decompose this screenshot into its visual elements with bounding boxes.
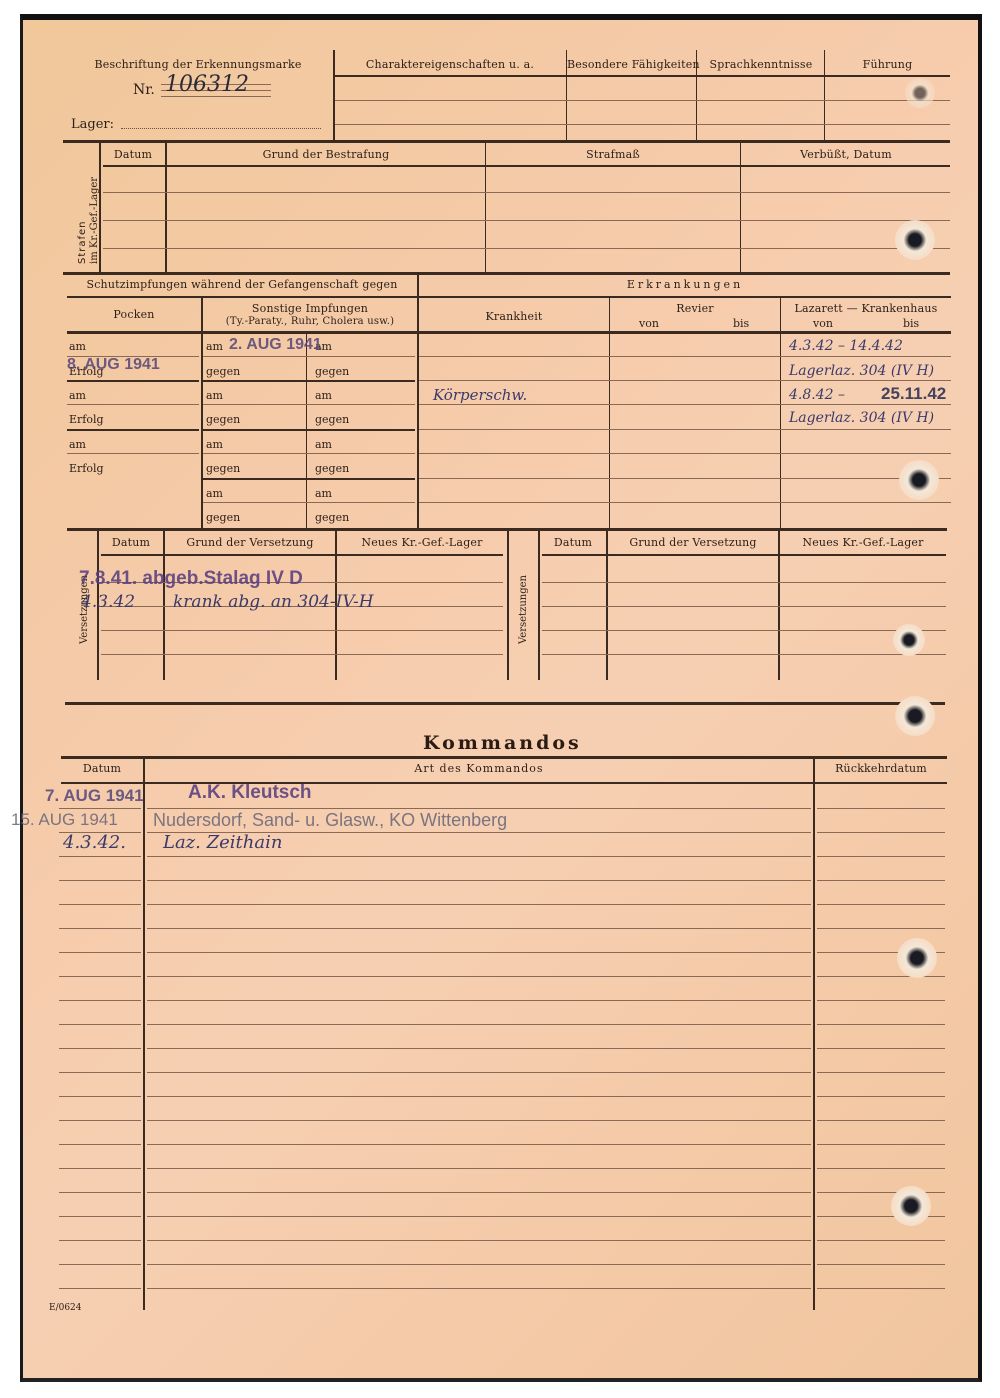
versetzung-hand-reason: krank abg. an 304-IV-H: [173, 592, 374, 612]
sonstige-row-label: gegen: [315, 365, 349, 378]
sonstige-row-label: gegen: [315, 462, 349, 475]
lager-label: Lager:: [71, 117, 114, 132]
header-faehigkeiten: Besondere Fähigkeiten: [567, 58, 695, 71]
sonstige-row-label: gegen: [206, 462, 240, 475]
kommandos-col-rueckkehr: Rückkehrdatum: [815, 762, 947, 775]
strafen-col-datum: Datum: [101, 148, 165, 161]
punch-hole: [891, 1186, 931, 1226]
punch-hole: [899, 460, 939, 500]
lazarett-date-stamp: 25.11.42: [881, 384, 946, 404]
revier-von: von: [639, 317, 659, 330]
punch-hole: [895, 220, 935, 260]
sonstige-row-label: am: [315, 487, 332, 500]
krankheit-entry: Körperschw.: [433, 386, 527, 404]
lazarett-entry-2: Lagerlaz. 304 (IV H): [789, 363, 934, 379]
kommando-entry-3-art: Laz. Zeithain: [163, 832, 282, 853]
sonstige-row-label: am: [206, 438, 223, 451]
sonstige-row-label: am: [315, 438, 332, 451]
lazarett-entry-3: 4.8.42 –: [789, 387, 845, 403]
sonstige-row-label: gegen: [206, 413, 240, 426]
sonstige-row-label: am: [206, 487, 223, 500]
versetz-left-col-lager: Neues Kr.-Gef.-Lager: [337, 536, 507, 549]
versetzungen-side-label-right: Versetzungen: [518, 575, 529, 644]
pocken-row-label: Erfolg: [69, 413, 104, 426]
revier-bis: bis: [733, 317, 749, 330]
kommando-entry-1-date: 7. AUG 1941: [45, 786, 144, 806]
pocken-header: Pocken: [67, 308, 201, 321]
sonstige-row-label: am: [315, 389, 332, 402]
kommando-entry-2-art: Nudersdorf, Sand- u. Glasw., KO Wittenbe…: [153, 810, 507, 831]
kommandos-col-art: Art des Kommandos: [145, 762, 813, 775]
sonstige-row-label: gegen: [206, 365, 240, 378]
lazarett-entry-4: Lagerlaz. 304 (IV H): [789, 410, 934, 426]
punch-hole: [893, 624, 925, 656]
strafen-col-grund: Grund der Bestrafung: [167, 148, 485, 161]
form-code: E/0624: [49, 1303, 82, 1313]
kommandos-title: Kommandos: [423, 732, 582, 754]
erkrankungen-title: Erkrankungen: [419, 278, 951, 291]
sonstige-header-1: Sonstige Impfungen: [203, 302, 417, 315]
kommando-entry-1-art: A.K. Kleutsch: [188, 782, 312, 804]
kommando-entry-2-date: 15. AUG 1941: [11, 810, 118, 830]
pocken-row-label: am: [69, 340, 86, 353]
pow-record-card: Beschriftung der Erkennungsmarke Nr. 106…: [20, 14, 982, 1382]
versetzung-stamp: 7.8.41. abgeb.Stalag IV D: [79, 568, 303, 590]
versetzung-hand-date: 4.3.42: [81, 592, 135, 612]
punch-hole: [897, 938, 937, 978]
lazarett-von: von: [813, 317, 833, 330]
sonstige-row-label: am: [206, 340, 223, 353]
kommandos-col-datum: Datum: [61, 762, 143, 775]
header-charakter: Charaktereigenschaften u. a.: [335, 58, 565, 71]
pocken-row-label: Erfolg: [69, 462, 104, 475]
krankheit-header: Krankheit: [419, 310, 609, 323]
lazarett-entry-1: 4.3.42 – 14.4.42: [789, 338, 903, 354]
header-fuehrung: Führung: [825, 58, 950, 71]
versetz-right-col-grund: Grund der Versetzung: [608, 536, 778, 549]
erkennungsmarke-label: Beschriftung der Erkennungsmarke: [93, 58, 303, 71]
versetz-left-col-grund: Grund der Versetzung: [165, 536, 335, 549]
versetz-right-col-lager: Neues Kr.-Gef.-Lager: [780, 536, 946, 549]
pocken-date-stamp: 8. AUG 1941: [67, 356, 160, 374]
lazarett-header: Lazarett — Krankenhaus: [781, 302, 951, 315]
revier-header: Revier: [610, 302, 780, 315]
sonstige-row-label: gegen: [206, 511, 240, 524]
versetz-right-col-datum: Datum: [540, 536, 606, 549]
sonstige-row-label: gegen: [315, 511, 349, 524]
nr-label: Nr.: [133, 82, 155, 98]
pocken-row-label: am: [69, 438, 86, 451]
sonstige-header-2: (Ty.-Paraty., Ruhr, Cholera usw.): [203, 316, 417, 327]
sonstige-row-label: gegen: [315, 413, 349, 426]
strafen-side-label: Strafen: [77, 220, 88, 264]
punch-hole: [895, 696, 935, 736]
pocken-row-label: am: [69, 389, 86, 402]
erkennungsmarke-number: 106312: [165, 72, 249, 97]
strafen-col-strafmass: Strafmaß: [486, 148, 740, 161]
kommando-entry-3-date: 4.3.42.: [63, 832, 126, 853]
impfungen-title: Schutzimpfungen während der Gefangenscha…: [67, 278, 417, 291]
header-sprachkenntnisse: Sprachkenntnisse: [697, 58, 825, 71]
paper-tear: [905, 78, 935, 108]
versetz-left-col-datum: Datum: [99, 536, 163, 549]
sonstige-row-label: am: [206, 389, 223, 402]
sonstige-date-stamp: 2. AUG 1941: [229, 336, 322, 354]
strafen-col-verbuesst: Verbüßt, Datum: [741, 148, 951, 161]
lazarett-bis: bis: [903, 317, 919, 330]
